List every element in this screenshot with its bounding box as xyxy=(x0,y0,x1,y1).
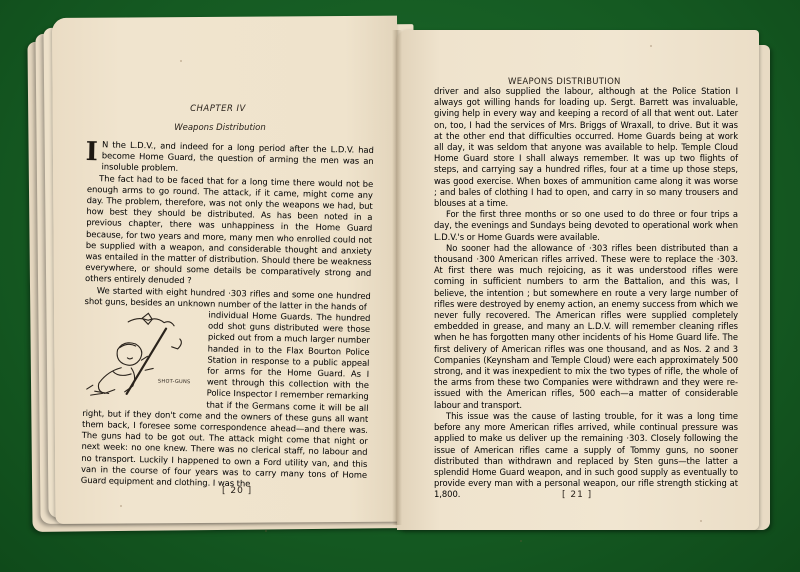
paragraph: This issue was the cause of lasting trou… xyxy=(434,411,738,501)
left-page-body: IN the L.D.V., and indeed for a long per… xyxy=(81,139,374,492)
paper-speck xyxy=(700,520,702,522)
open-booklet: CHAPTER IV Weapons Distribution IN the L… xyxy=(0,0,800,572)
paragraph: No sooner had the allowance of ·303 rifl… xyxy=(434,243,738,411)
paragraph: IN the L.D.V., and indeed for a long per… xyxy=(87,139,374,179)
book-gutter xyxy=(392,30,402,525)
drop-cap: I xyxy=(85,141,98,163)
paper-speck xyxy=(180,60,182,62)
right-page-body: driver and also supplied the labour, alt… xyxy=(434,86,738,501)
paper-speck xyxy=(650,45,652,47)
soldier-illustration: SHOT-GUNS xyxy=(82,309,202,406)
paper-speck xyxy=(265,530,267,532)
illustration-caption: SHOT-GUNS xyxy=(158,377,191,389)
paper-speck xyxy=(520,540,522,542)
paragraph: driver and also supplied the labour, alt… xyxy=(434,86,738,209)
paper-speck xyxy=(120,505,122,507)
paragraph: SHOT-GUNS individual Home Guards. The hu… xyxy=(81,307,371,492)
page-number-left: [ 20 ] xyxy=(222,486,252,496)
paragraph: The fact had to be faced that for a long… xyxy=(85,173,373,291)
paragraph: For the first three months or so one use… xyxy=(434,209,738,243)
chapter-label: CHAPTER IV xyxy=(168,104,268,114)
chapter-title: Weapons Distribution xyxy=(150,123,290,133)
page-number-right: [ 21 ] xyxy=(562,490,592,500)
soldier-with-shotgun-icon xyxy=(82,309,202,406)
